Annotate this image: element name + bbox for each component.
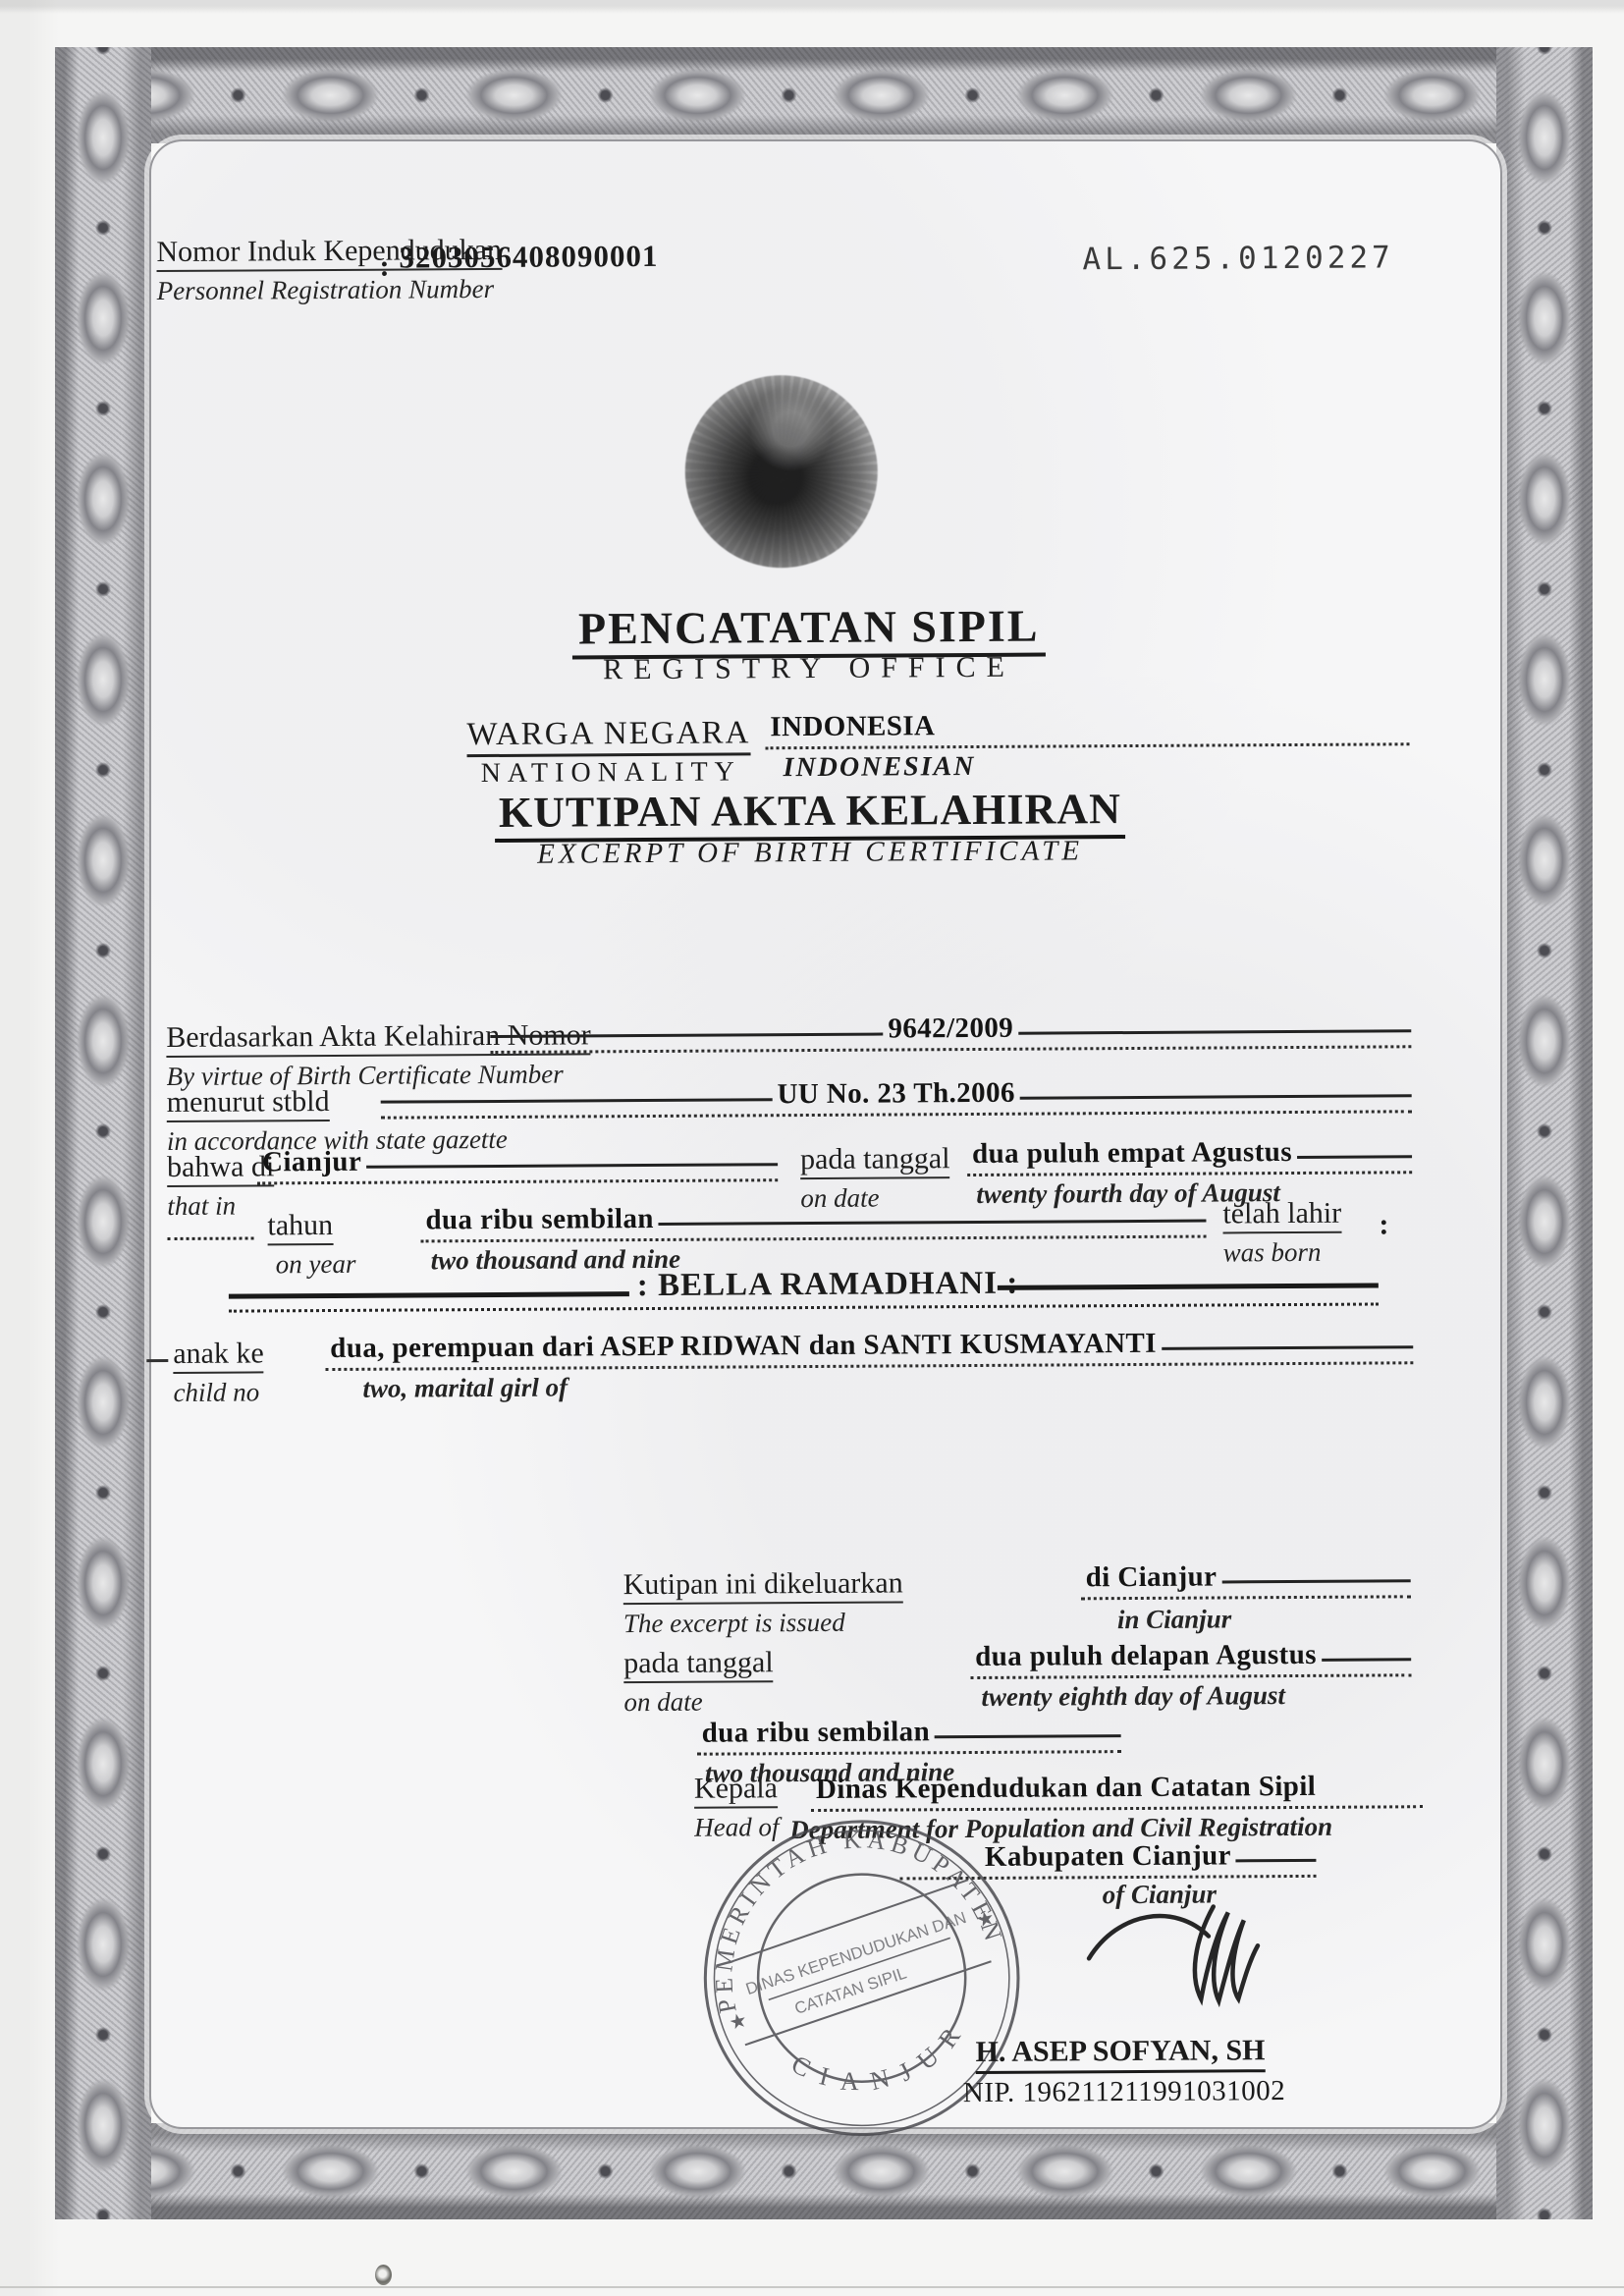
issued-date-field-label: pada tanggal on date (623, 1646, 774, 1718)
child-value-id: dua, perempuan dari ASEP RIDWAN dan SANT… (325, 1328, 1162, 1368)
issued-date-label-en: on date (623, 1686, 774, 1718)
issued-date-dash (1322, 1658, 1411, 1662)
issued-date-line: dua puluh delapan Agustus (970, 1638, 1411, 1679)
issued-place-dash (1221, 1579, 1410, 1583)
nationality-label-id-text: WARGA NEGARA (466, 715, 750, 757)
nationality-value-en: INDONESIAN (784, 751, 976, 784)
issued-year-id: dua ribu sembilan (697, 1716, 936, 1752)
scan-artifact-blob (375, 2265, 392, 2285)
child-value-en: two, marital girl of (362, 1373, 568, 1404)
issued-place-id: di Cianjur (1081, 1560, 1222, 1597)
child-label-id: anak ke (173, 1337, 264, 1374)
nationality-dotted-fill (940, 742, 1409, 745)
certificate-content: Nomor Induk Kependudukan Personnel Regis… (0, 0, 1624, 2296)
name-line-left (229, 1291, 629, 1298)
place-label-en: that in (167, 1190, 274, 1222)
gazette-label-id: menurut stbld (167, 1085, 330, 1122)
child-label-en: child no (173, 1377, 264, 1408)
year-dash (659, 1220, 1207, 1226)
name-dotted-line (229, 1302, 1379, 1312)
regency-value-id: Kabupaten Cianjur (980, 1839, 1236, 1877)
born-colon: : (1379, 1208, 1388, 1241)
born-label-en: was born (1223, 1237, 1342, 1269)
document-serial-number: AL.625.0120227 (1082, 240, 1394, 277)
office-title-id: PENCATATAN SIPIL (318, 598, 1300, 656)
signature-loops (1195, 1906, 1259, 2000)
issued-place-line: di Cianjur (1081, 1559, 1411, 1600)
cert-no-dash-right (1018, 1029, 1411, 1034)
cert-no-value: 9642/2009 (883, 1012, 1018, 1049)
scan-edge-line (0, 2286, 1624, 2288)
year-label-id: tahun (267, 1209, 333, 1245)
gazette-value-line: UU No. 23 Th.2006 (381, 1074, 1412, 1119)
year-label-en: on year (276, 1249, 356, 1280)
doc-title-en: EXCERPT OF BIRTH CERTIFICATE (319, 834, 1301, 872)
head-label-id: Kepala (694, 1772, 778, 1809)
signature-sweep (1089, 1916, 1209, 1959)
year-field-label: tahun on year (267, 1209, 355, 1281)
issued-label-en: The excerpt is issued (623, 1607, 903, 1639)
born-field-label: telah lahir was born (1222, 1197, 1341, 1269)
signatory-name: H. ASEP SOFYAN, SH (976, 2034, 1266, 2074)
handwritten-signature (993, 1888, 1278, 2038)
issued-date-en: twenty eighth day of August (981, 1680, 1285, 1713)
nationality-value-line: INDONESIA (765, 707, 1409, 749)
doc-title-id-text: KUTIPAN AKTA KELAHIRAN (495, 785, 1125, 843)
scanned-paper: Nomor Induk Kependudukan Personnel Regis… (0, 0, 1624, 2296)
year-lead-dots (168, 1236, 254, 1240)
cert-no-dash-left (490, 1033, 883, 1038)
born-label-id: telah lahir (1222, 1197, 1341, 1234)
gazette-dash-left (381, 1098, 773, 1103)
child-dash (1162, 1345, 1413, 1350)
date-label-id: pada tanggal (800, 1142, 950, 1179)
name-line-right (998, 1283, 1379, 1289)
issued-year-line: dua ribu sembilan (697, 1715, 1121, 1756)
issued-date-label-id: pada tanggal (623, 1646, 774, 1683)
date-dash (1297, 1155, 1412, 1159)
cert-no-value-line: 9642/2009 (490, 1010, 1411, 1054)
nationality-label-id: WARGA NEGARA (466, 715, 750, 753)
year-value-line: dua ribu sembilan (420, 1200, 1206, 1243)
place-value-line: Cianjur (257, 1143, 778, 1184)
stray-mark (146, 1359, 168, 1362)
issued-label-id: Kutipan ini dikeluarkan (623, 1566, 903, 1605)
doc-title-id: KUTIPAN AKTA KELAHIRAN (319, 783, 1301, 839)
signatory-nip: NIP. 196211211991031002 (963, 2075, 1286, 2109)
gazette-value: UU No. 23 Th.2006 (772, 1077, 1020, 1115)
year-value-id: dua ribu sembilan (420, 1203, 659, 1239)
nik-label-en: Personnel Registration Number (157, 274, 503, 306)
child-name: : BELLA RAMADHANI : (637, 1266, 1019, 1304)
place-value: Cianjur (257, 1146, 366, 1182)
nik-colon: : (379, 250, 389, 284)
child-value-line: dua, perempuan dari ASEP RIDWAN dan SANT… (325, 1326, 1413, 1371)
date-value-line: dua puluh empat Agustus (967, 1135, 1412, 1176)
issued-year-dash (935, 1734, 1121, 1738)
office-title-en: REGISTRY OFFICE (318, 649, 1300, 688)
regency-dash (1236, 1859, 1317, 1862)
child-field-label: anak ke child no (173, 1337, 264, 1408)
issued-place-en: in Cianjur (1117, 1604, 1232, 1635)
dept-dotted-fill (1321, 1805, 1423, 1806)
nationality-value-id: INDONESIA (765, 710, 940, 746)
issued-date-id: dua puluh delapan Agustus (970, 1639, 1322, 1676)
place-dash (366, 1163, 778, 1169)
issued-field-label: Kutipan ini dikeluarkan The excerpt is i… (623, 1566, 903, 1639)
date-value-id: dua puluh empat Agustus (967, 1136, 1297, 1174)
official-seal-smudge (684, 375, 878, 569)
nik-value: 3203056408090001 (399, 239, 658, 276)
stamp-star-left: ★ (727, 2009, 749, 2035)
nationality-label-en: NATIONALITY (481, 756, 741, 790)
gazette-dash-right (1020, 1094, 1412, 1099)
